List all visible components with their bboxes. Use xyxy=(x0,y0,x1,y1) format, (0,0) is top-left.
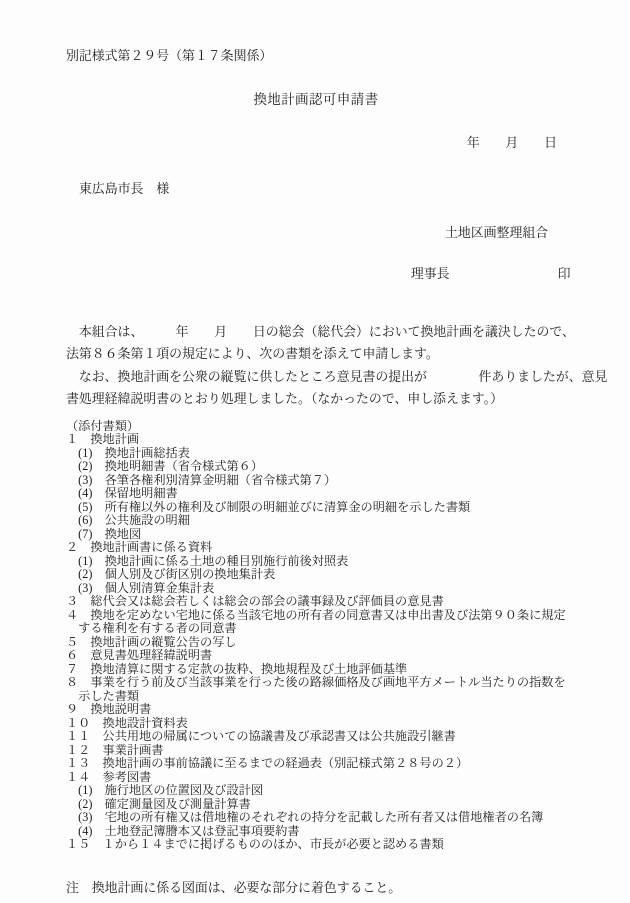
body-line: 書処理経緯説明書のとおり処理しました。（なかったので、申し添えます。） xyxy=(66,388,612,410)
date-line: 年 月 日 xyxy=(66,135,557,152)
attachment-line: １３ 換地計画の事前協議に至るまでの経過表（別記様式第２８号の２） xyxy=(66,757,612,771)
form-number: 別記様式第２９号（第１７条関係） xyxy=(66,48,612,64)
attachment-line: (6) 公共施設の明細 xyxy=(66,514,612,528)
attachment-line: する権利を有する者の同意書 xyxy=(66,622,612,636)
attachment-line: (4) 保留地明細書 xyxy=(66,487,612,501)
attachment-line: １１ 公共用地の帰属についての協議書及び承認書又は公共施設引継書 xyxy=(66,730,612,744)
attachments-list: （添付書類） １ 換地計画 (1) 換地計画総括表 (2) 換地明細書（省令様式… xyxy=(66,420,612,852)
body-line: なお、換地計画を公衆の縦覧に供したところ意見書の提出が 件ありましたが、意見 xyxy=(66,366,612,388)
body-line: 法第８６条第１項の規定により、次の書類を添えて申請します。 xyxy=(66,343,612,365)
attachment-line: (3) 宅地の所有権又は借地権のそれぞれの持分を記載した所有者又は借地権者の名簿 xyxy=(66,811,612,825)
document-title: 換地計画認可申請書 xyxy=(66,91,566,109)
attachments-heading: （添付書類） xyxy=(66,420,612,434)
body-line: 本組合は、 年 月 日の総会（総代会）において換地計画を議決したので、 xyxy=(66,321,612,343)
attachment-line: １ 換地計画 xyxy=(66,433,612,447)
attachment-line: (1) 施行地区の位置図及び設計図 xyxy=(66,784,612,798)
seal-mark: 印 xyxy=(558,267,571,281)
document-page: 別記様式第２９号（第１７条関係） 換地計画認可申請書 年 月 日 東広島市長 様… xyxy=(0,0,630,903)
attachment-line: ２ 換地計画書に係る資料 xyxy=(66,541,612,555)
attachment-line: (2) 換地明細書（省令様式第６） xyxy=(66,460,612,474)
addressee: 東広島市長 様 xyxy=(79,181,612,198)
attachment-line: ３ 総代会又は総会若しくは総会の部会の議事録及び評価員の意見書 xyxy=(66,595,612,609)
attachment-line: ９ 換地説明書 xyxy=(66,703,612,717)
attachment-line: (2) 個人別及び街区別の換地集計表 xyxy=(66,568,612,582)
attachment-line: ８ 事業を行う前及び当該事業を行った後の路線価格及び画地平方メートル当たりの指数… xyxy=(66,676,612,690)
attachment-line: １５ １から１４までに掲げるもののほか、市長が必要と認める書類 xyxy=(66,838,612,852)
chairman-label: 理事長 xyxy=(411,267,450,281)
chairman-line: 理事長印 xyxy=(398,249,612,300)
body-paragraphs: 本組合は、 年 月 日の総会（総代会）において換地計画を議決したので、 法第８６… xyxy=(66,321,612,411)
organization-name: 土地区画整理組合 xyxy=(445,225,612,242)
attachment-line: ６ 意見書処理経緯説明書 xyxy=(66,649,612,663)
note-line: 注 換地計画に係る図面は、必要な部分に着色すること。 xyxy=(66,880,612,897)
